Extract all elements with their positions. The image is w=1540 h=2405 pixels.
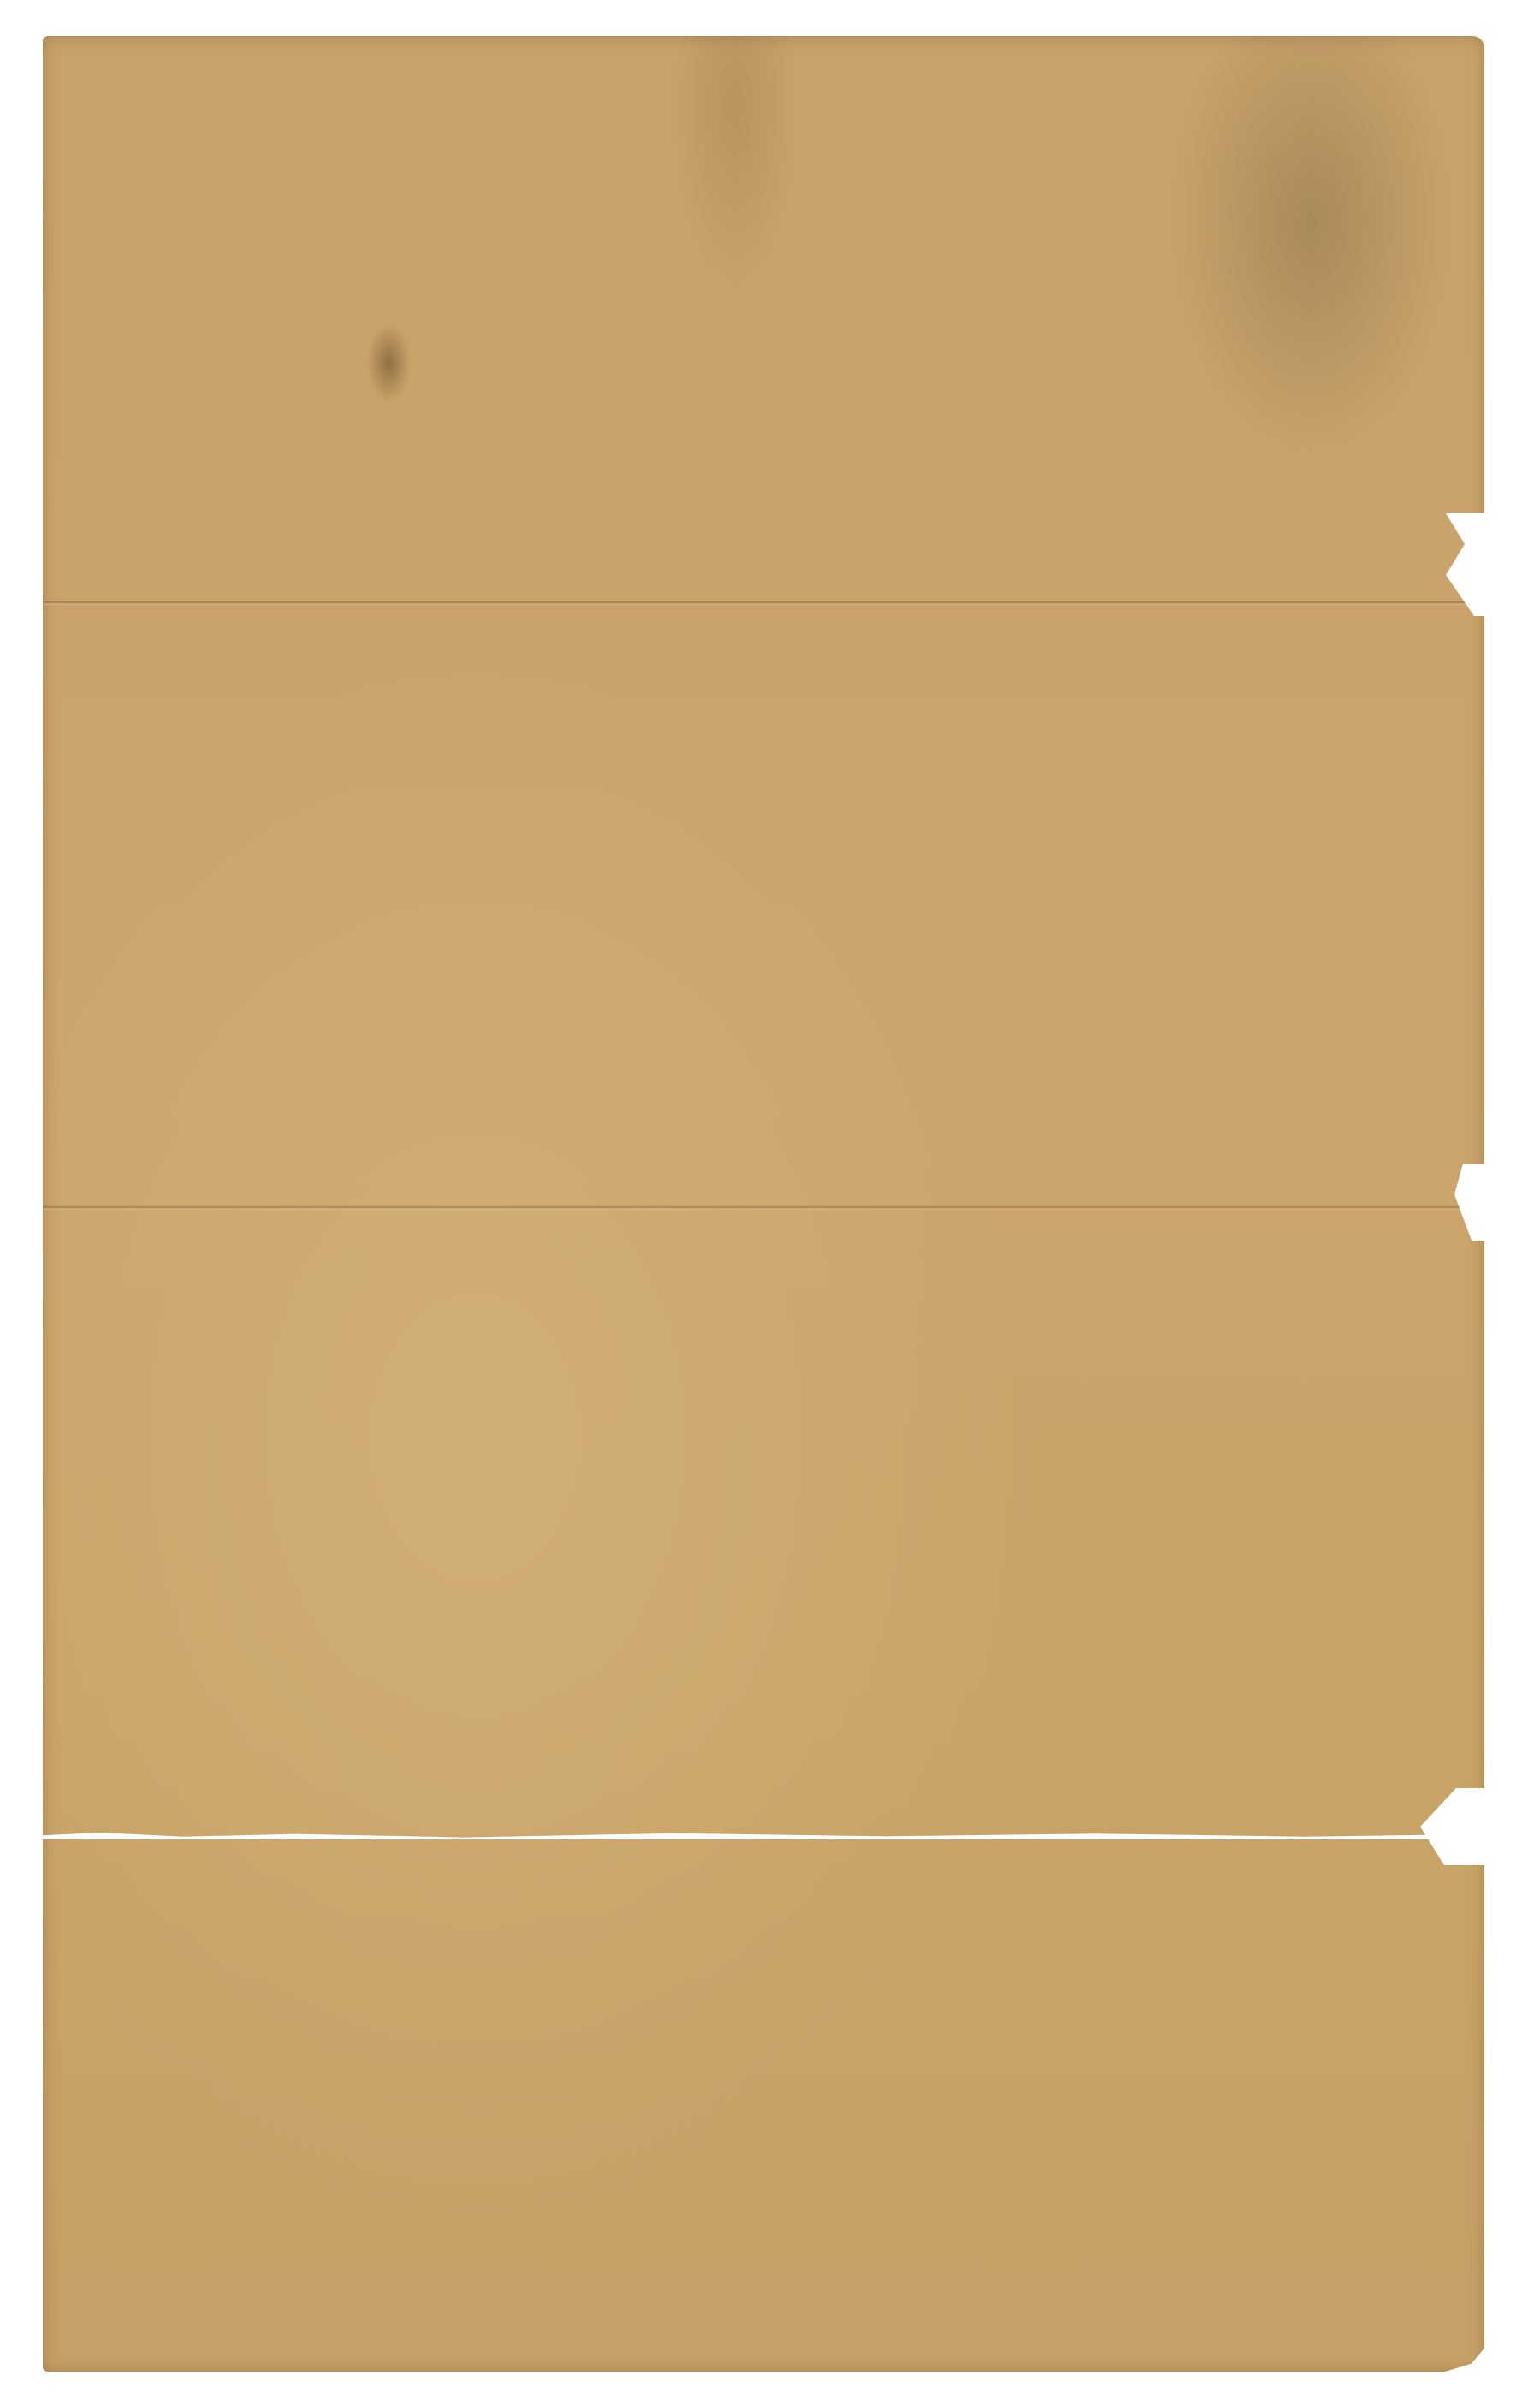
- fold-line: [43, 1206, 1484, 1210]
- torn-edge: [1454, 1164, 1540, 1241]
- parchment-page: [43, 36, 1484, 2372]
- fold-line: [43, 601, 1484, 605]
